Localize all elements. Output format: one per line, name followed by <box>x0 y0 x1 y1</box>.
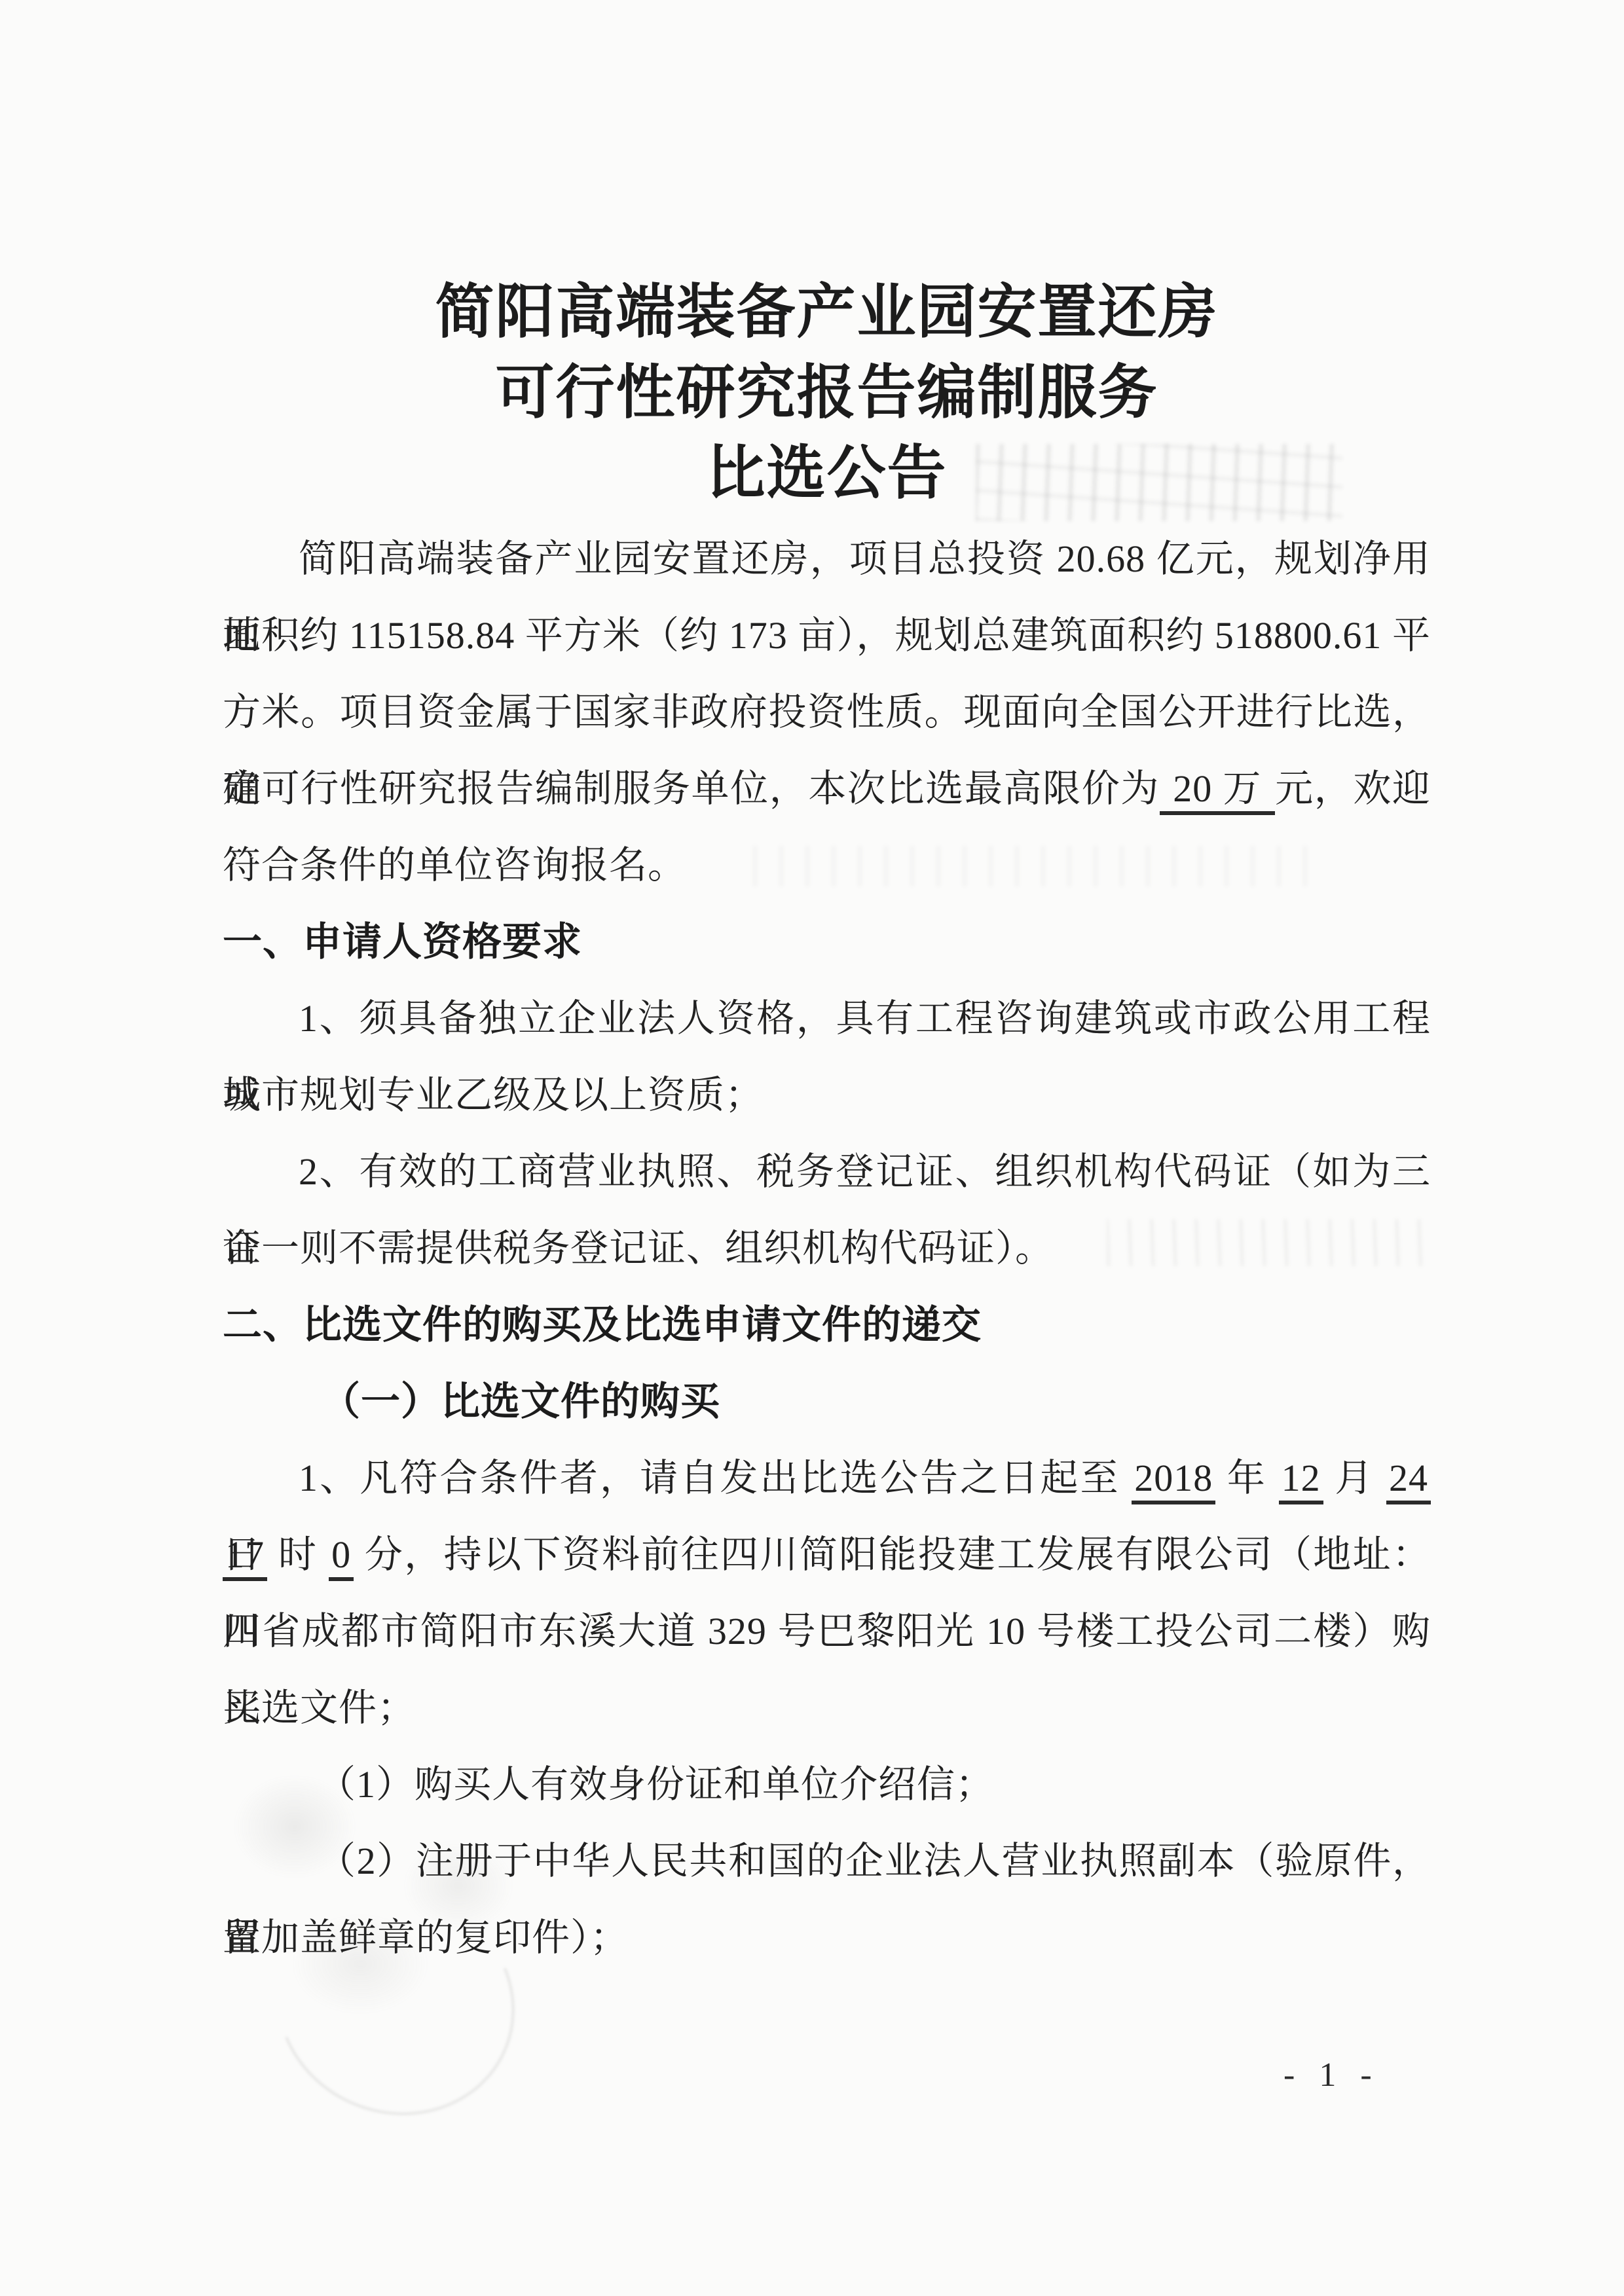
text-line: 符合条件的单位咨询报名。 <box>223 827 1431 903</box>
text-segment: 比选文件； <box>223 1686 416 1729</box>
text-segment: 一、申请人资格要求 <box>223 920 582 964</box>
section-heading-1: 一、申请人资格要求 <box>223 903 1431 980</box>
text-segment: 二、比选文件的购买及比选申请文件的递交 <box>223 1303 982 1347</box>
text-line: 简阳高端装备产业园安置还房，项目总投资 20.68 亿元，规划净用地 <box>223 520 1431 597</box>
text-segment: （1）购买人有效身份证和单位介绍信； <box>318 1763 994 1806</box>
sub-heading-1: （一）比选文件的购买 <box>223 1363 1431 1440</box>
text-segment: 1、凡符合条件者，请自发出比选公告之日起至 <box>299 1457 1132 1499</box>
text-segment: 年 <box>1215 1457 1278 1499</box>
text-segment: 城市规划专业乙级及以上资质； <box>223 1074 764 1116</box>
text-segment: 时 <box>267 1533 329 1576</box>
text-line: 置加盖鲜章的复印件）； <box>223 1899 1431 1976</box>
text-line: 1、凡符合条件者，请自发出比选公告之日起至 2018 年 12 月 24 日 <box>223 1440 1431 1516</box>
text-segment: （一）比选文件的购买 <box>321 1379 720 1423</box>
underlined-value: 20 万 <box>1160 767 1275 815</box>
text-line: 面积约 115158.84 平方米（约 173 亩），规划总建筑面积约 5188… <box>223 597 1431 674</box>
document-title-line-3: 比选公告 <box>223 433 1431 514</box>
text-segment: 置加盖鲜章的复印件）； <box>223 1916 629 1959</box>
underlined-value: 2018 <box>1132 1457 1215 1504</box>
text-line: 17 时 0 分，持以下资料前往四川简阳能投建工发展有限公司（地址：四 <box>223 1516 1431 1593</box>
text-line: 合一则不需提供税务登记证、组织机构代码证）。 <box>223 1210 1431 1286</box>
document-title: 简阳高端装备产业园安置还房 可行性研究报告编制服务 比选公告 <box>223 272 1431 514</box>
text-line: 2、有效的工商营业执照、税务登记证、组织机构代码证（如为三证 <box>223 1133 1431 1210</box>
text-line: 城市规划专业乙级及以上资质； <box>223 1057 1431 1133</box>
underlined-value: 0 <box>329 1533 354 1581</box>
text-line: （1）购买人有效身份证和单位介绍信； <box>223 1746 1431 1823</box>
text-segment: 月 <box>1323 1457 1386 1499</box>
text-line: （2）注册于中华人民共和国的企业法人营业执照副本（验原件，留 <box>223 1823 1431 1899</box>
text-line: 方米。项目资金属于国家非政府投资性质。现面向全国公开进行比选，确 <box>223 674 1431 750</box>
page-number: - 1 - <box>1283 2056 1380 2094</box>
text-line: 定可行性研究报告编制服务单位，本次比选最高限价为 20 万 元，欢迎 <box>223 750 1431 827</box>
text-line: 川省成都市简阳市东溪大道 329 号巴黎阳光 10 号楼工投公司二楼）购买 <box>223 1593 1431 1669</box>
text-line: 1、须具备独立企业法人资格，具有工程咨询建筑或市政公用工程或 <box>223 980 1431 1057</box>
underlined-value: 17 <box>223 1533 267 1581</box>
text-segment: 定可行性研究报告编制服务单位，本次比选最高限价为 <box>223 767 1160 810</box>
underlined-value: 24 <box>1386 1457 1431 1504</box>
text-segment: 面积约 115158.84 平方米（约 173 亩），规划总建筑面积约 5188… <box>223 614 1431 657</box>
text-segment: 符合条件的单位咨询报名。 <box>223 844 686 886</box>
text-line: 比选文件； <box>223 1669 1431 1746</box>
document-title-line-2: 可行性研究报告编制服务 <box>223 353 1431 433</box>
text-segment: 元，欢迎 <box>1275 767 1431 810</box>
underlined-value: 12 <box>1279 1457 1323 1504</box>
document-title-line-1: 简阳高端装备产业园安置还房 <box>223 272 1431 353</box>
document-body: 简阳高端装备产业园安置还房，项目总投资 20.68 亿元，规划净用地面积约 11… <box>223 520 1431 1976</box>
text-segment: 合一则不需提供税务登记证、组织机构代码证）。 <box>223 1227 1054 1269</box>
section-heading-2: 二、比选文件的购买及比选申请文件的递交 <box>223 1286 1431 1363</box>
scanned-document-page: 简阳高端装备产业园安置还房 可行性研究报告编制服务 比选公告 简阳高端装备产业园… <box>0 0 1624 2296</box>
